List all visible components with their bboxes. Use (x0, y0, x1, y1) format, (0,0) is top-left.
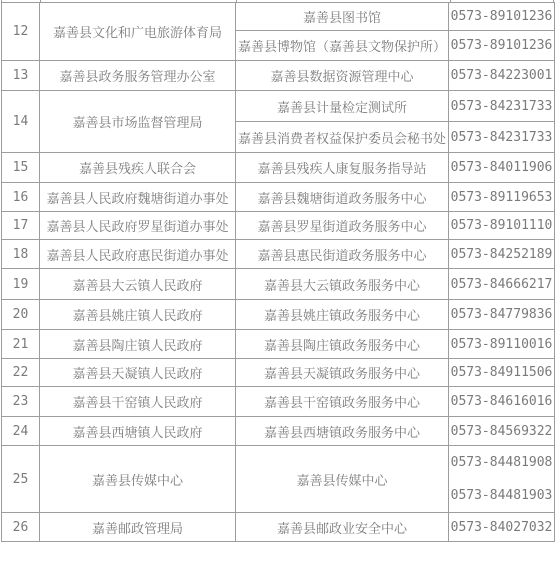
org-name: 嘉善县姚庄镇人民政府 (40, 300, 236, 330)
phone-number: 0573-84569322 (449, 417, 555, 446)
table-row: 25 嘉善县传媒中心 嘉善县传媒中心 0573-84481908 0573-84… (2, 446, 555, 513)
table-cutoff-stub (40, 0, 41, 3)
sub-org-name: 嘉善县图书馆 (236, 3, 449, 31)
table-row: 26 嘉善邮政管理局 嘉善县邮政业安全中心 0573-84027032 (2, 513, 555, 542)
table-row: 13 嘉善县政务服务管理办公室 嘉善县数据资源管理中心 0573-8422300… (2, 61, 555, 91)
sub-org-name: 嘉善县天凝镇政务服务中心 (236, 359, 449, 387)
government-contact-table-page: 12 嘉善县文化和广电旅游体育局 嘉善县图书馆 0573-89101236 嘉善… (0, 0, 556, 562)
sub-org-name: 嘉善县数据资源管理中心 (236, 61, 449, 91)
org-name: 嘉善县西塘镇人民政府 (40, 417, 236, 446)
row-number: 15 (2, 153, 40, 183)
sub-org-name: 嘉善县西塘镇政务服务中心 (236, 417, 449, 446)
phone-number: 0573-84481908 (449, 446, 554, 479)
contact-table: 12 嘉善县文化和广电旅游体育局 嘉善县图书馆 0573-89101236 嘉善… (1, 2, 555, 542)
phone-number: 0573-89119653 (449, 183, 555, 212)
org-name: 嘉善县残疾人联合会 (40, 153, 236, 183)
org-name: 嘉善邮政管理局 (40, 513, 236, 542)
org-name: 嘉善县人民政府魏塘街道办事处 (40, 183, 236, 212)
row-number: 13 (2, 61, 40, 91)
table-row: 21 嘉善县陶庄镇人民政府 嘉善县陶庄镇政务服务中心 0573-89110016 (2, 330, 555, 359)
sub-org-name: 嘉善县魏塘街道政务服务中心 (236, 183, 449, 212)
phone-number: 0573-89101236 (449, 3, 555, 31)
org-name: 嘉善县陶庄镇人民政府 (40, 330, 236, 359)
sub-org-name: 嘉善县消费者权益保护委员会秘书处 (236, 122, 449, 153)
org-name: 嘉善县大云镇人民政府 (40, 269, 236, 300)
table-row: 17 嘉善县人民政府罗星街道办事处 嘉善县罗星街道政务服务中心 0573-891… (2, 212, 555, 240)
row-number: 19 (2, 269, 40, 300)
table-row: 18 嘉善县人民政府惠民街道办事处 嘉善县惠民街道政务服务中心 0573-842… (2, 240, 555, 269)
sub-org-name: 嘉善县罗星街道政务服务中心 (236, 212, 449, 240)
org-name: 嘉善县人民政府罗星街道办事处 (40, 212, 236, 240)
org-name: 嘉善县文化和广电旅游体育局 (40, 3, 236, 61)
row-number: 25 (2, 446, 40, 513)
phone-number: 0573-84231733 (449, 91, 555, 122)
table-row: 23 嘉善县干窑镇人民政府 嘉善县干窑镇政务服务中心 0573-84616016 (2, 387, 555, 417)
row-number: 16 (2, 183, 40, 212)
table-cutoff-stub (553, 0, 554, 3)
org-name: 嘉善县市场监督管理局 (40, 91, 236, 153)
sub-org-name: 嘉善县邮政业安全中心 (236, 513, 449, 542)
sub-org-name: 嘉善县计量检定测试所 (236, 91, 449, 122)
row-number: 17 (2, 212, 40, 240)
sub-org-name: 嘉善县姚庄镇政务服务中心 (236, 300, 449, 330)
row-number: 20 (2, 300, 40, 330)
table-row: 12 嘉善县文化和广电旅游体育局 嘉善县图书馆 0573-89101236 (2, 3, 555, 31)
phone-number: 0573-84666217 (449, 269, 555, 300)
table-cutoff-stub (450, 0, 451, 3)
phone-number: 0573-84779836 (449, 300, 555, 330)
phone-number: 0573-84223001 (449, 61, 555, 91)
table-row: 14 嘉善县市场监督管理局 嘉善县计量检定测试所 0573-84231733 (2, 91, 555, 122)
phone-number-cell: 0573-84481908 0573-84481903 (449, 446, 555, 513)
table-row: 24 嘉善县西塘镇人民政府 嘉善县西塘镇政务服务中心 0573-84569322 (2, 417, 555, 446)
org-name: 嘉善县传媒中心 (40, 446, 236, 513)
phone-number: 0573-89110016 (449, 330, 555, 359)
row-number: 24 (2, 417, 40, 446)
org-name: 嘉善县政务服务管理办公室 (40, 61, 236, 91)
org-name: 嘉善县天凝镇人民政府 (40, 359, 236, 387)
table-row: 19 嘉善县大云镇人民政府 嘉善县大云镇政务服务中心 0573-84666217 (2, 269, 555, 300)
row-number: 26 (2, 513, 40, 542)
phone-number: 0573-84231733 (449, 122, 555, 153)
table-cutoff-stub (1, 0, 2, 3)
row-number: 21 (2, 330, 40, 359)
org-name: 嘉善县人民政府惠民街道办事处 (40, 240, 236, 269)
sub-org-name: 嘉善县惠民街道政务服务中心 (236, 240, 449, 269)
row-number: 22 (2, 359, 40, 387)
table-cutoff-stub (236, 0, 237, 3)
phone-number: 0573-89101236 (449, 31, 555, 61)
phone-number: 0573-84911506 (449, 359, 555, 387)
sub-org-name: 嘉善县残疾人康复服务指导站 (236, 153, 449, 183)
sub-org-name: 嘉善县陶庄镇政务服务中心 (236, 330, 449, 359)
sub-org-name: 嘉善县干窑镇政务服务中心 (236, 387, 449, 417)
table-row: 16 嘉善县人民政府魏塘街道办事处 嘉善县魏塘街道政务服务中心 0573-891… (2, 183, 555, 212)
org-name: 嘉善县干窑镇人民政府 (40, 387, 236, 417)
phone-number: 0573-84252189 (449, 240, 555, 269)
row-number: 23 (2, 387, 40, 417)
row-number: 18 (2, 240, 40, 269)
phone-number: 0573-84616016 (449, 387, 555, 417)
table-row: 22 嘉善县天凝镇人民政府 嘉善县天凝镇政务服务中心 0573-84911506 (2, 359, 555, 387)
phone-number: 0573-84011906 (449, 153, 555, 183)
sub-org-name: 嘉善县大云镇政务服务中心 (236, 269, 449, 300)
sub-org-name: 嘉善县博物馆（嘉善县文物保护所） (236, 31, 449, 61)
row-number: 14 (2, 91, 40, 153)
phone-number: 0573-89101110 (449, 212, 555, 240)
phone-number: 0573-84481903 (449, 479, 554, 512)
table-row: 15 嘉善县残疾人联合会 嘉善县残疾人康复服务指导站 0573-84011906 (2, 153, 555, 183)
phone-number: 0573-84027032 (449, 513, 555, 542)
table-row: 20 嘉善县姚庄镇人民政府 嘉善县姚庄镇政务服务中心 0573-84779836 (2, 300, 555, 330)
sub-org-name: 嘉善县传媒中心 (236, 446, 449, 513)
row-number: 12 (2, 3, 40, 61)
